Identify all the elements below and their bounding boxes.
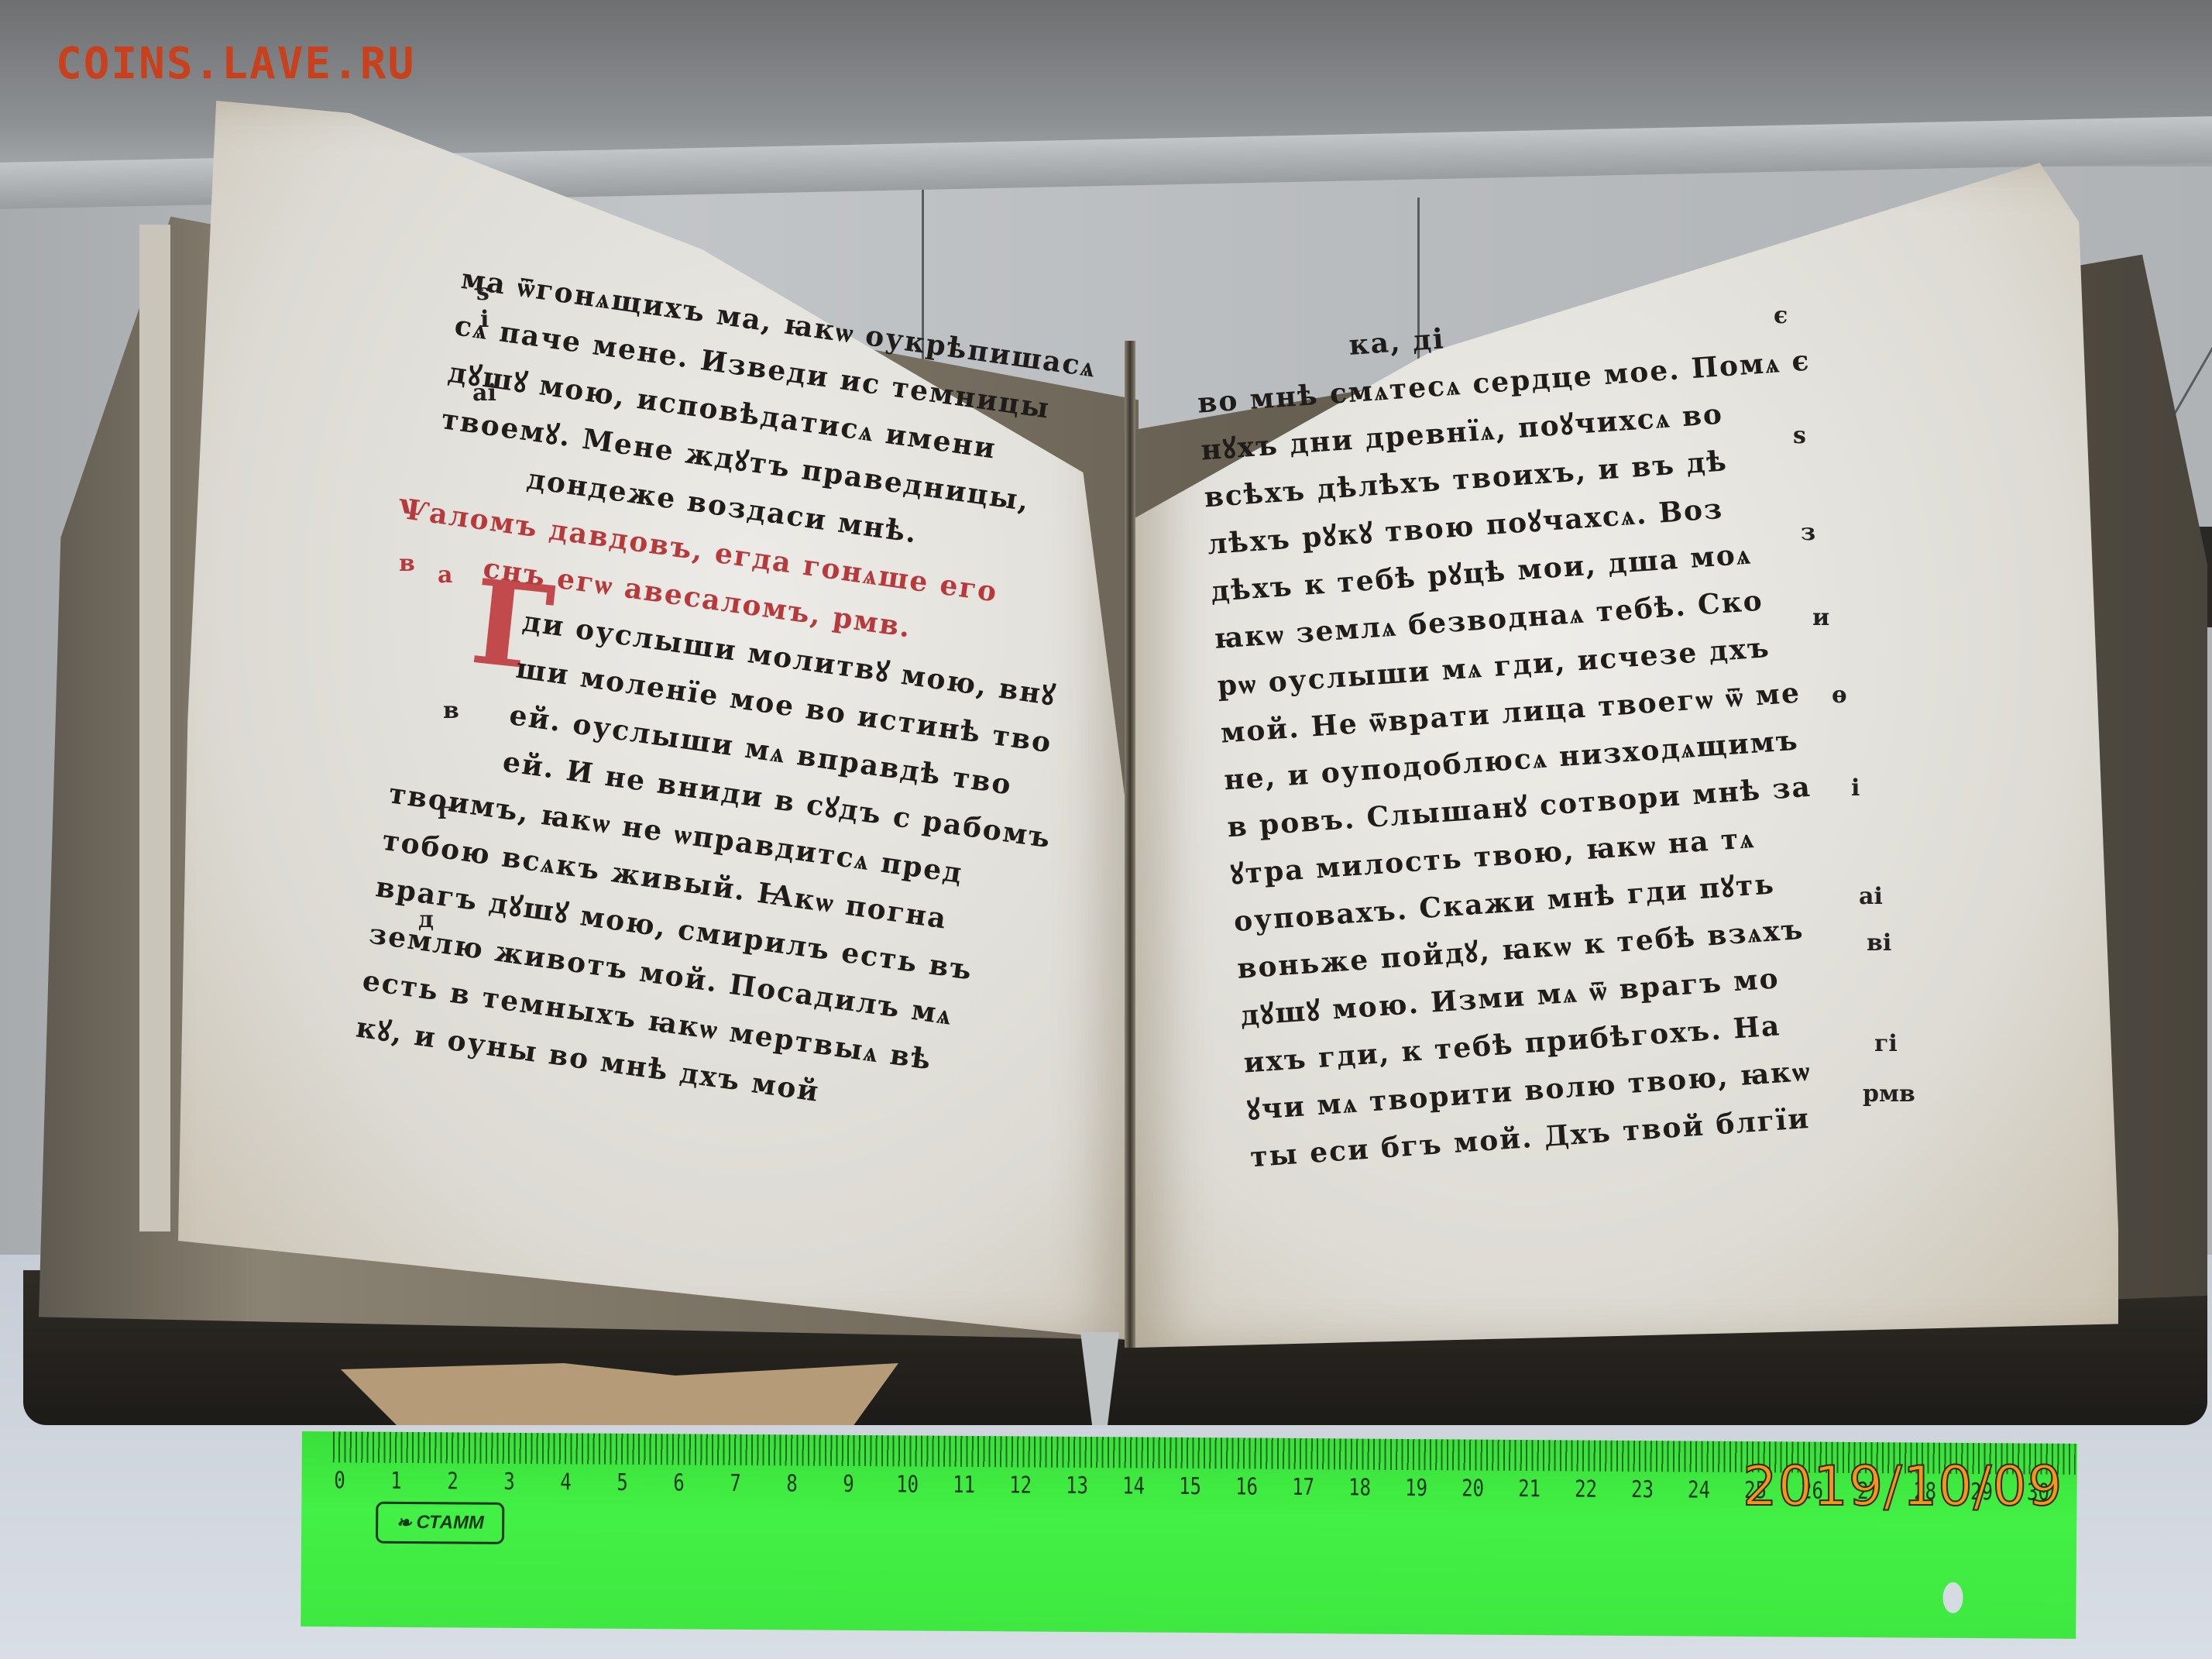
verse-numeral: і bbox=[1851, 775, 1860, 802]
ruler-number: 2 bbox=[447, 1468, 459, 1495]
ruler-number: 10 bbox=[896, 1471, 919, 1498]
ruler-number: 15 bbox=[1179, 1473, 1201, 1500]
verse-numeral: є bbox=[1774, 302, 1788, 329]
ruler-number: 18 bbox=[1348, 1474, 1371, 1501]
verse-numeral: и bbox=[1812, 604, 1829, 631]
verse-numeral: а bbox=[438, 562, 452, 589]
ruler-brand-logo: ❧ СТАММ bbox=[376, 1502, 504, 1544]
verse-numeral: в bbox=[443, 697, 459, 724]
ruler-number: 3 bbox=[503, 1468, 515, 1496]
verse-numeral: д bbox=[418, 906, 434, 933]
ruler-number: 8 bbox=[786, 1470, 798, 1497]
photo-scene: COINS.LAVE.RU Г ма ѿгонѧщихъ ма, ꙗкѡ оук… bbox=[0, 0, 2212, 1659]
ruler-number: 5 bbox=[617, 1469, 628, 1496]
ruler-number: 0 bbox=[334, 1467, 345, 1494]
ruler-number: 9 bbox=[843, 1471, 854, 1498]
ruler-number: 21 bbox=[1518, 1475, 1540, 1503]
right-page-text: ка, ді во мнѣ смѧтесѧ сердце мое. Помѧ є… bbox=[1193, 290, 1865, 1182]
ruler-number: 19 bbox=[1405, 1475, 1427, 1502]
ruler-number: 24 bbox=[1688, 1476, 1710, 1503]
ruler-number: 6 bbox=[673, 1469, 685, 1496]
ruler-number: 23 bbox=[1631, 1476, 1654, 1503]
left-page-text: ма ѿгонѧщихъ ма, ꙗкѡ оукрѣпишасѧ сѧ паче… bbox=[353, 256, 1121, 1143]
ruler-number: 1 bbox=[390, 1468, 402, 1495]
verse-numeral: г bbox=[438, 798, 452, 825]
book-gutter bbox=[1125, 341, 1135, 1348]
ruler-number: 17 bbox=[1292, 1474, 1314, 1501]
apple-logo-icon: ❧ bbox=[396, 1511, 411, 1534]
page-edges-left bbox=[139, 225, 170, 1231]
ruler-number: 4 bbox=[560, 1468, 572, 1496]
verse-numeral: ѕ bbox=[476, 279, 489, 306]
ruler-hang-hole bbox=[1942, 1582, 1963, 1613]
ruler-number: 13 bbox=[1066, 1472, 1088, 1499]
ruler-number: 22 bbox=[1575, 1475, 1597, 1503]
verse-numeral: аі bbox=[472, 380, 496, 407]
brand-text: СТАММ bbox=[416, 1512, 484, 1534]
verse-numeral: аі bbox=[1859, 883, 1883, 910]
ruler-number: 12 bbox=[1009, 1472, 1032, 1499]
ruler-number: 16 bbox=[1235, 1473, 1258, 1500]
ruler-number: 7 bbox=[730, 1470, 741, 1497]
verse-numeral: з bbox=[1801, 519, 1815, 546]
leaf-number: рмв bbox=[1863, 1080, 1915, 1108]
ruler-number: 14 bbox=[1122, 1472, 1145, 1499]
verse-numeral: ѳ bbox=[1832, 682, 1847, 709]
ruler-number: 20 bbox=[1461, 1475, 1484, 1502]
verse-numeral: ѕ bbox=[1793, 422, 1806, 449]
torn-endpaper bbox=[341, 1363, 898, 1425]
camera-date-stamp: 2019/10/09 bbox=[1743, 1455, 2063, 1518]
verse-numeral: і bbox=[480, 306, 489, 333]
verse-numeral: ві bbox=[1867, 929, 1891, 957]
site-watermark: COINS.LAVE.RU bbox=[56, 39, 415, 89]
verse-numeral: гі bbox=[1874, 1030, 1898, 1057]
ruler-number: 11 bbox=[953, 1472, 975, 1499]
verse-numeral: в bbox=[399, 550, 415, 577]
